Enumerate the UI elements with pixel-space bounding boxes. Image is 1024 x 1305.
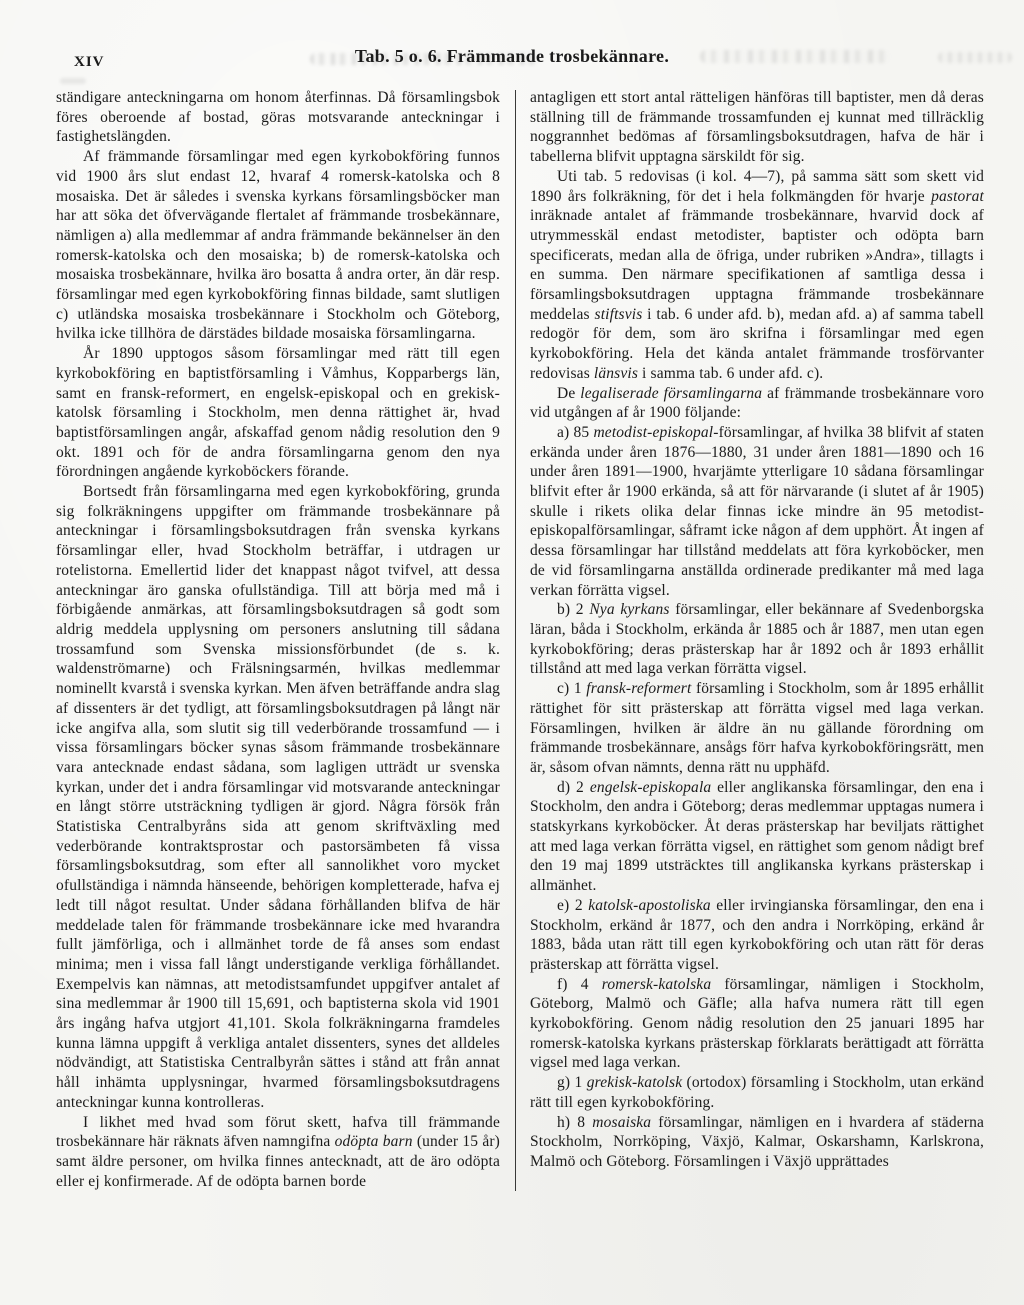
- paragraph: h) 8 mosaiska församlingar, nämligen en …: [530, 1113, 984, 1172]
- italic-text-run: fransk-reformert: [586, 680, 691, 697]
- italic-text-run: länsvis: [594, 365, 638, 382]
- text-run: Uti tab. 5 redovisas (i kol. 4—7), på sa…: [530, 168, 984, 205]
- column-divider: [515, 90, 516, 1191]
- text-run: i samma tab. 6 under afd. c).: [638, 365, 823, 382]
- text-run: De: [557, 385, 580, 402]
- text-run: g) 1: [557, 1074, 587, 1091]
- paragraph: a) 85 metodist-episkopal-församlingar, a…: [530, 423, 984, 600]
- text-run: Af främmande församlingar med egen kyrko…: [56, 148, 500, 342]
- paragraph: De legaliserade församlingarna af främma…: [530, 384, 984, 423]
- text-run: f) 4: [557, 976, 602, 993]
- paragraph: g) 1 grekisk-katolsk (ortodox) församlin…: [530, 1073, 984, 1112]
- paragraph: ständigare anteckningarna om honom återf…: [56, 88, 500, 147]
- paragraph: d) 2 engelsk-episkopala eller anglikansk…: [530, 778, 984, 896]
- italic-text-run: odöpta barn: [335, 1133, 413, 1150]
- italic-text-run: stiftsvis: [595, 306, 643, 323]
- right-column: antagligen ett stort antal rätteligen hä…: [530, 88, 984, 1172]
- italic-text-run: katolsk-apostoliska: [588, 897, 711, 914]
- paragraph: Uti tab. 5 redovisas (i kol. 4—7), på sa…: [530, 167, 984, 384]
- text-run: antagligen ett stort antal rätteligen hä…: [530, 89, 984, 165]
- text-run: Bortsedt från församlingarna med egen ky…: [56, 483, 500, 1111]
- left-column: ständigare anteckningarna om honom återf…: [56, 88, 500, 1191]
- text-run: c) 1: [557, 680, 586, 697]
- paragraph: b) 2 Nya kyrkans församlingar, eller bek…: [530, 600, 984, 679]
- italic-text-run: legaliserade församlingarna: [580, 385, 762, 402]
- italic-text-run: grekisk-katolsk: [587, 1074, 683, 1091]
- paragraph: c) 1 fransk-reformert församling i Stock…: [530, 679, 984, 778]
- text-run: ständigare anteckningarna om honom återf…: [56, 89, 500, 145]
- italic-text-run: Nya kyrkans: [589, 601, 669, 618]
- text-run: a) 85: [557, 424, 593, 441]
- text-run: b) 2: [557, 601, 589, 618]
- text-columns: ständigare anteckningarna om honom återf…: [56, 88, 984, 1191]
- italic-text-run: engelsk-episkopala: [590, 779, 712, 796]
- text-run: församlingar, af hvilka 38 blifvit af st…: [530, 424, 984, 599]
- paragraph: Af främmande församlingar med egen kyrko…: [56, 147, 500, 344]
- paragraph: Bortsedt från församlingarna med egen ky…: [56, 482, 500, 1113]
- text-run: h) 8: [557, 1114, 592, 1131]
- text-run: e) 2: [557, 897, 588, 914]
- page-title: Tab. 5 o. 6. Främmande trosbekännare.: [0, 46, 1024, 67]
- italic-text-run: metodist-episkopal-: [593, 424, 718, 441]
- paragraph: e) 2 katolsk-apostoliska eller irvingian…: [530, 896, 984, 975]
- text-run: År 1890 upptogos såsom församlingar med …: [56, 345, 500, 480]
- paragraph: f) 4 romersk-katolska församlingar, näml…: [530, 975, 984, 1074]
- italic-text-run: pastorat: [931, 188, 984, 205]
- document-page: XIV Tab. 5 o. 6. Främmande trosbekännare…: [0, 0, 1024, 1305]
- paragraph: År 1890 upptogos såsom församlingar med …: [56, 344, 500, 482]
- italic-text-run: romersk-katolska: [602, 976, 711, 993]
- paragraph: I likhet med hvad som förut skett, hafva…: [56, 1113, 500, 1192]
- text-run: d) 2: [557, 779, 590, 796]
- scan-smudge: [60, 78, 86, 84]
- paragraph: antagligen ett stort antal rätteligen hä…: [530, 88, 984, 167]
- italic-text-run: mosaiska: [592, 1114, 651, 1131]
